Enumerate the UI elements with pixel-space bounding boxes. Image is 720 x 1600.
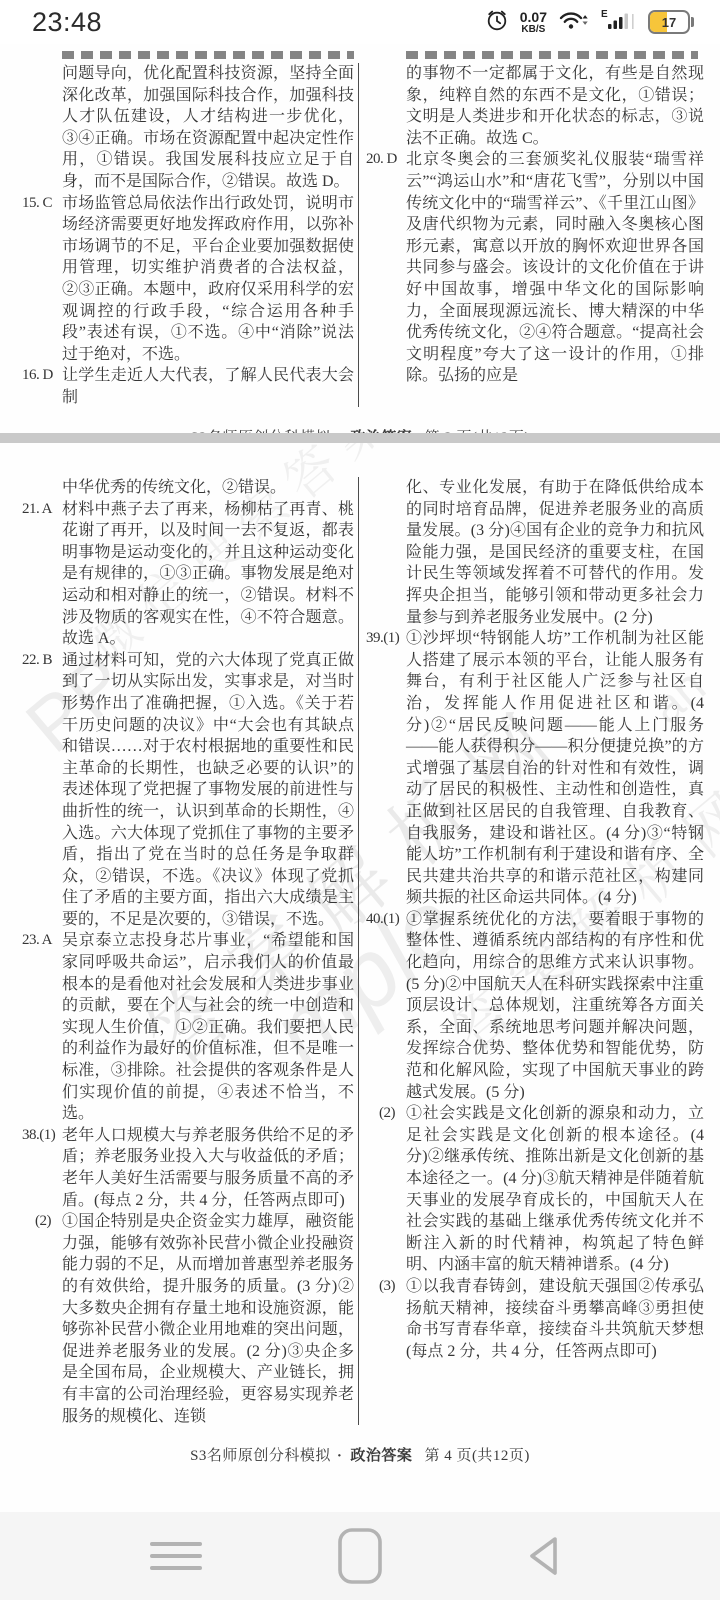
status-bar: 23:48 0.07 KB/S E	[0, 0, 720, 44]
footer-page-number: 第 3 页(共12页)	[424, 430, 530, 434]
back-icon	[523, 1533, 565, 1579]
answer-number	[22, 477, 62, 499]
answer-paragraph: 化、专业化发展，有助于在降低供给成本的同时培育品牌，促进养老服务业的高质量发展。…	[366, 477, 704, 628]
answer-paragraph: 中华优秀的传统文化，②错误。	[22, 477, 354, 499]
cropped-text-row	[406, 51, 698, 59]
page4-columns: 中华优秀的传统文化，②错误。 21. A 材料中燕子去了再来，杨柳枯了再青、桃花…	[0, 477, 720, 1427]
answer-text: ①国企特别是央企资金实力雄厚，融资能力强，能够有效弥补民营小微企业投融资能力弱的…	[62, 1211, 354, 1427]
page3-columns: 问题导向，优化配置科技资源，坚持全面深化改革，加强国际科技合作，加强科技人才队伍…	[0, 63, 720, 409]
footer-dot: ·	[337, 1448, 343, 1464]
answer-paragraph: (2) ①社会实践是文化创新的源泉和动力，立足社会实践是文化创新的根本途径。(4…	[366, 1103, 704, 1276]
document-page-4: 答案解析网 mple 答案解析网 PP 微信搜索答案解析网 an 中华优秀的传统…	[0, 443, 720, 1512]
battery-nub	[691, 17, 694, 27]
answer-number: 20. D	[366, 149, 406, 387]
page4-left-column: 中华优秀的传统文化，②错误。 21. A 材料中燕子去了再来，杨柳枯了再青、桃花…	[0, 477, 358, 1427]
answer-text: ①掌握系统优化的方法，要着眼于事物的整体性、遵循系统内部结构的有序性和优化趋向，…	[406, 909, 704, 1103]
answer-text: 化、专业化发展，有助于在降低供给成本的同时培育品牌，促进养老服务业的高质量发展。…	[406, 477, 704, 628]
answer-text: 市场监管总局依法作出行政处罚，说明市场经济需要更好地发挥政府作用，以弥补市场调节…	[62, 193, 354, 366]
footer-series: S3名师原创分科模拟	[190, 430, 331, 434]
answer-number: 15. C	[22, 193, 62, 366]
answer-paragraph: (2) ①国企特别是央企资金实力雄厚，融资能力强，能够有效弥补民营小微企业投融资…	[22, 1211, 354, 1427]
answer-text: 中华优秀的传统文化，②错误。	[62, 477, 354, 499]
alarm-icon	[485, 8, 509, 37]
network-speed-unit: KB/S	[521, 25, 545, 35]
answer-text: 材料中燕子去了再来，杨柳枯了再青、桃花谢了再开，以及时间一去不复返，都表明事物是…	[62, 499, 354, 650]
network-speed: 0.07 KB/S	[520, 10, 547, 35]
answer-number	[366, 63, 406, 149]
answer-number	[22, 63, 62, 193]
answer-paragraph: 22. B 通过材料可知，党的六大体现了党真正做到了一切从实际出发，实事求是，对…	[22, 650, 354, 931]
answer-text: ①社会实践是文化创新的源泉和动力，立足社会实践是文化创新的根本途径。(4 分)②…	[406, 1103, 704, 1276]
answer-number: 21. A	[22, 499, 62, 650]
signal-icon: E	[601, 8, 637, 37]
home-button[interactable]	[332, 1528, 388, 1584]
answer-text: 北京冬奥会的三套颁奖礼仪服装“瑞雪祥云”“鸿运山水”和“唐花飞雪”，分别以中国传…	[406, 149, 704, 387]
network-type-label: E	[601, 9, 608, 20]
answer-text: 通过材料可知，党的六大体现了党真正做到了一切从实际出发，实事求是，对当时形势作出…	[62, 650, 354, 931]
answer-number	[366, 477, 406, 628]
answer-number: (3)	[366, 1276, 406, 1362]
answer-number: 38.(1)	[22, 1125, 62, 1211]
answer-text: ①沙坪坝“特钢能人坊”工作机制为社区能人搭建了展示本领的平台，让能人服务有舞台，…	[406, 628, 704, 909]
answer-paragraph: 40.(1) ①掌握系统优化的方法，要着眼于事物的整体性、遵循系统内部结构的有序…	[366, 909, 704, 1103]
answer-paragraph: 39.(1) ①沙坪坝“特钢能人坊”工作机制为社区能人搭建了展示本领的平台，让能…	[366, 628, 704, 909]
footer-dot: ·	[337, 430, 343, 434]
answer-text: 老年人口规模大与养老服务供给不足的矛盾；养老服务业投入大与收益低的矛盾；老年人美…	[62, 1125, 354, 1211]
answer-paragraph: 38.(1) 老年人口规模大与养老服务供给不足的矛盾；养老服务业投入大与收益低的…	[22, 1125, 354, 1211]
answer-number: 39.(1)	[366, 628, 406, 909]
battery-icon: 17	[648, 10, 694, 34]
answer-paragraph: (3) ①以我青春铸剑，建设航天强国②传承弘扬航天精神，接续奋斗勇攀高峰③勇担使…	[366, 1276, 704, 1362]
answer-text: 让学生走近人大代表，了解人民代表大会制	[62, 365, 354, 408]
answer-text: 的事物不一定都属于文化，有些是自然现象，纯粹自然的东西不是文化，①错误；文明是人…	[406, 63, 704, 149]
answer-paragraph: 23. A 吴京泰立志投身芯片事业，“希望能和国家同呼吸共命运”，启示我们人的价…	[22, 930, 354, 1124]
column-divider	[358, 63, 359, 407]
menu-icon	[150, 1542, 202, 1570]
answer-text: ①以我青春铸剑，建设航天强国②传承弘扬航天精神，接续奋斗勇攀高峰③勇担使命书写青…	[406, 1276, 704, 1362]
recents-button[interactable]	[148, 1528, 204, 1584]
answer-number: 23. A	[22, 930, 62, 1124]
network-speed-value: 0.07	[520, 10, 547, 24]
wifi-icon	[558, 8, 590, 37]
page-footer: S3名师原创分科模拟·政治答案第 3 页(共12页)	[0, 426, 720, 434]
document-page-3: 问题导向，优化配置科技资源，坚持全面深化改革，加强国际科技合作，加强科技人才队伍…	[0, 44, 720, 433]
answer-number: (2)	[22, 1211, 62, 1427]
status-icons: 0.07 KB/S E 17	[485, 8, 694, 37]
answer-paragraph: 15. C 市场监管总局依法作出行政处罚，说明市场经济需要更好地发挥政府作用，以…	[22, 193, 354, 366]
page-footer: S3名师原创分科模拟·政治答案第 4 页(共12页)	[0, 1444, 720, 1465]
column-divider	[358, 477, 359, 1425]
home-icon	[337, 1527, 383, 1585]
page4-right-column: 化、专业化发展，有助于在降低供给成本的同时培育品牌，促进养老服务业的高质量发展。…	[358, 477, 720, 1427]
answer-paragraph: 21. A 材料中燕子去了再来，杨柳枯了再青、桃花谢了再开，以及时间一去不复返，…	[22, 499, 354, 650]
cropped-text-row	[62, 51, 354, 59]
page3-left-column: 问题导向，优化配置科技资源，坚持全面深化改革，加强国际科技合作，加强科技人才队伍…	[0, 63, 358, 409]
answer-number: 16. D	[22, 365, 62, 408]
footer-page-number: 第 4 页(共12页)	[424, 1448, 530, 1464]
answer-paragraph: 16. D 让学生走近人大代表，了解人民代表大会制	[22, 365, 354, 408]
page-separator	[0, 433, 720, 443]
answer-paragraph: 问题导向，优化配置科技资源，坚持全面深化改革，加强国际科技合作，加强科技人才队伍…	[22, 63, 354, 193]
answer-number: 22. B	[22, 650, 62, 931]
answer-paragraph: 的事物不一定都属于文化，有些是自然现象，纯粹自然的东西不是文化，①错误；文明是人…	[366, 63, 704, 149]
clock-time: 23:48	[32, 7, 102, 38]
footer-subject: 政治答案	[350, 430, 412, 434]
footer-series: S3名师原创分科模拟	[190, 1448, 331, 1464]
answer-paragraph: 20. D 北京冬奥会的三套颁奖礼仪服装“瑞雪祥云”“鸿运山水”和“唐花飞雪”，…	[366, 149, 704, 387]
battery-percent: 17	[650, 12, 688, 32]
android-navigation-bar	[0, 1512, 720, 1600]
back-button[interactable]	[516, 1528, 572, 1584]
answer-text: 问题导向，优化配置科技资源，坚持全面深化改革，加强国际科技合作，加强科技人才队伍…	[62, 63, 354, 193]
answer-text: 吴京泰立志投身芯片事业，“希望能和国家同呼吸共命运”，启示我们人的价值最根本的是…	[62, 930, 354, 1124]
page3-right-column: 的事物不一定都属于文化，有些是自然现象，纯粹自然的东西不是文化，①错误；文明是人…	[358, 63, 720, 409]
answer-number: (2)	[366, 1103, 406, 1276]
answer-number: 40.(1)	[366, 909, 406, 1103]
footer-subject: 政治答案	[350, 1448, 412, 1464]
